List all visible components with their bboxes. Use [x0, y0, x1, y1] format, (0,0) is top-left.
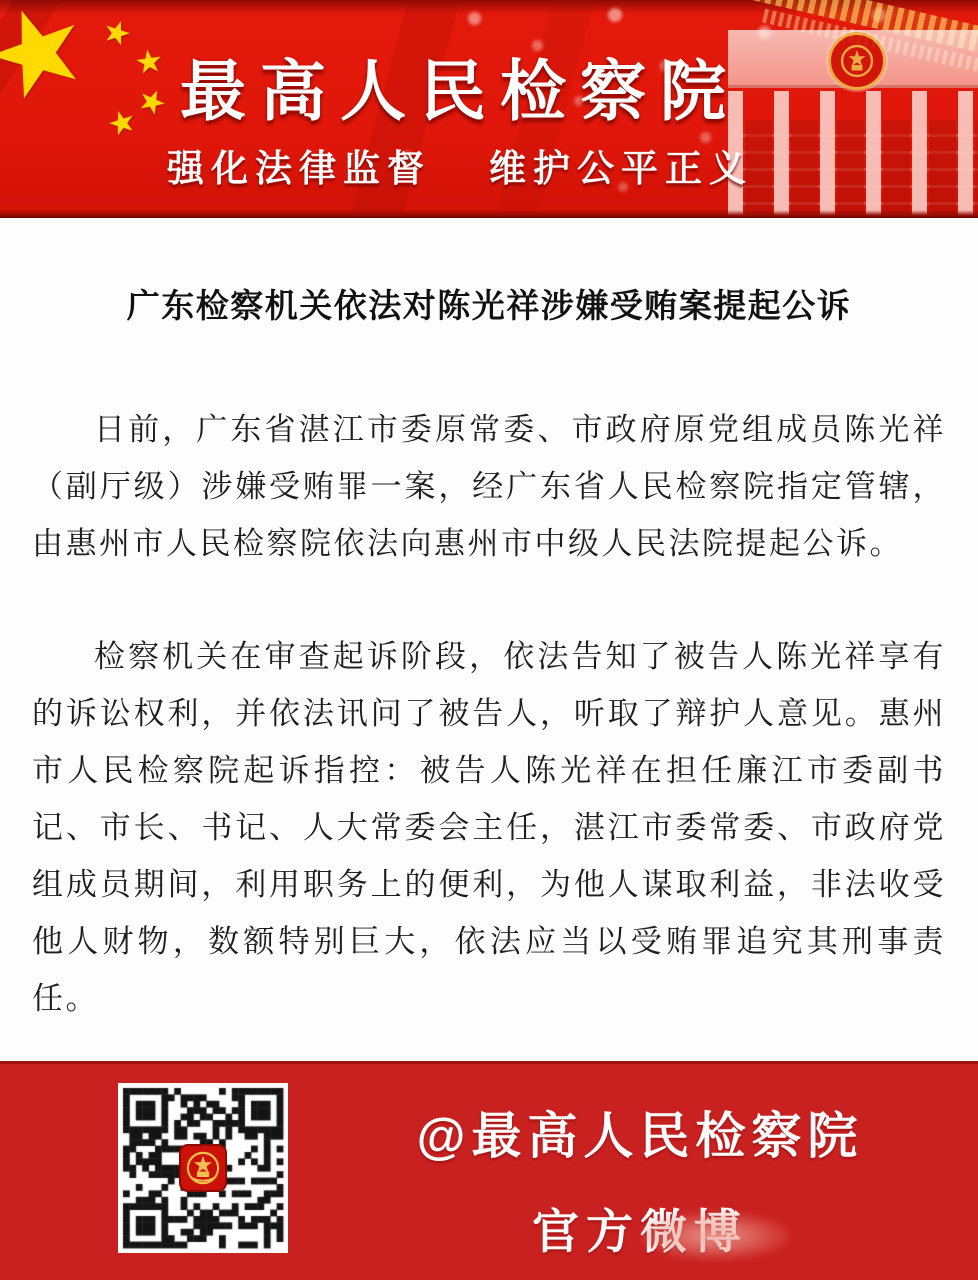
header-subtitle-right: 维护公平正义 — [489, 148, 753, 189]
poster-page: 最高人民检察院 强化法律监督维护公平正义 广东检察机关依法对陈光祥涉嫌受贿案提起… — [0, 0, 978, 1280]
procuratorate-emblem-icon — [179, 1144, 227, 1192]
footer-banner: @最高人民检察院 官方微博 — [0, 1061, 978, 1280]
light-dot — [608, 8, 622, 22]
footer-weibo-label: 官方微博 — [330, 1195, 950, 1262]
header-subtitle-left: 强化法律监督 — [167, 148, 431, 189]
header-title: 最高人民检察院 — [0, 38, 920, 133]
header-banner: 最高人民检察院 强化法律监督维护公平正义 — [0, 0, 978, 218]
article-paragraph: 检察机关在审查起诉阶段，依法告知了被告人陈光祥享有的诉讼权利，并依法讯问了被告人… — [32, 628, 946, 1027]
header-subtitle: 强化法律监督维护公平正义 — [0, 138, 920, 192]
light-dot — [468, 12, 481, 25]
article-title: 广东检察机关依法对陈光祥涉嫌受贿案提起公诉 — [20, 280, 958, 327]
image-artifact-smudge — [640, 1212, 790, 1260]
weibo-qr-wrap — [118, 1083, 288, 1253]
footer-weibo-handle: @最高人民检察院 — [330, 1096, 950, 1168]
article-paragraph: 日前，广东省湛江市委原常委、市政府原党组成员陈光祥（副厅级）涉嫌受贿罪一案，经广… — [32, 401, 946, 572]
header-bottom-edge — [0, 210, 978, 218]
article-body: 广东检察机关依法对陈光祥涉嫌受贿案提起公诉 日前，广东省湛江市委原常委、市政府原… — [0, 218, 978, 1061]
